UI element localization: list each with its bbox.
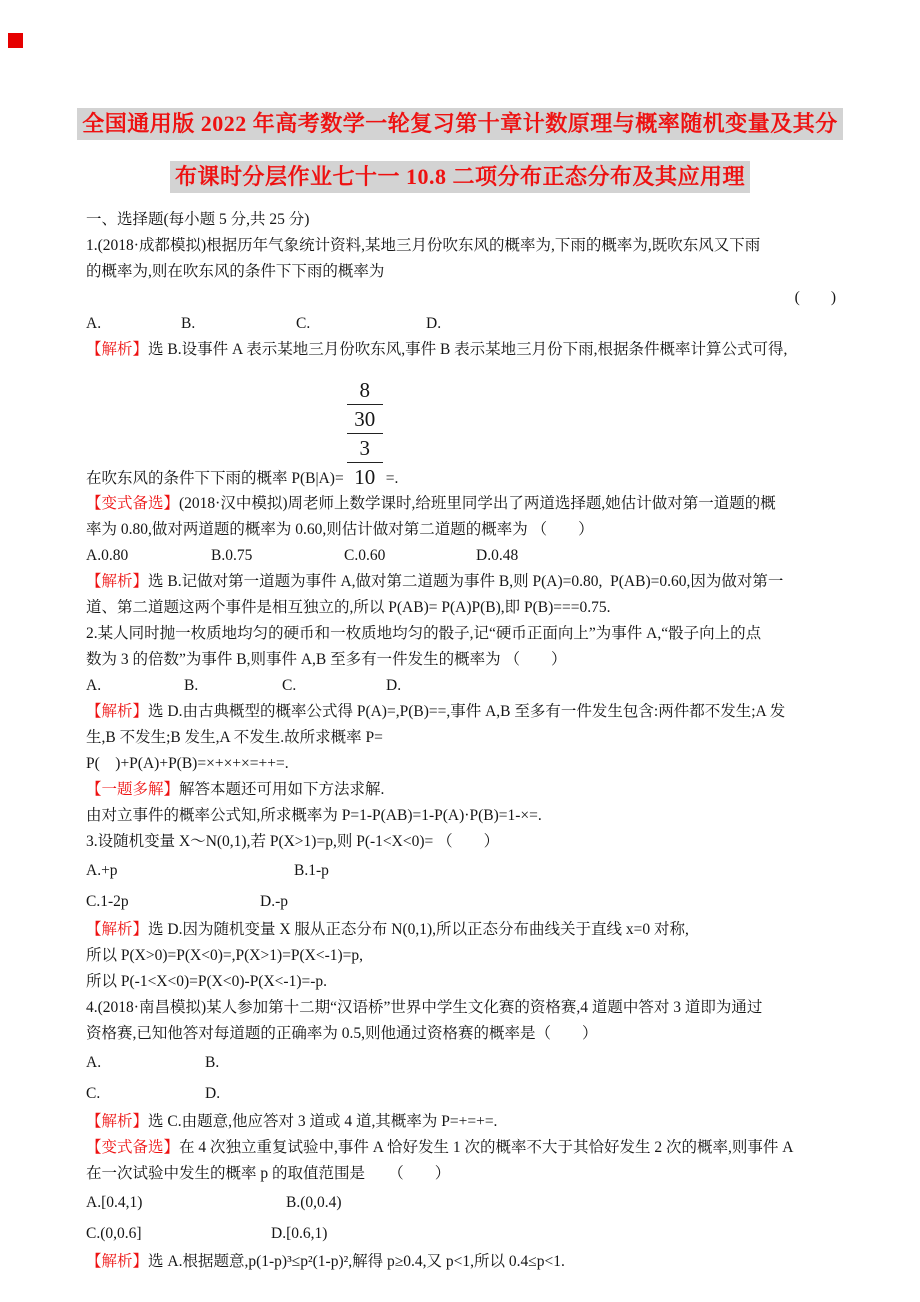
answer-blank-parens: ( ) xyxy=(795,289,836,306)
option-item: C.0.60 xyxy=(344,543,385,569)
answer-blank: ( ) xyxy=(86,285,840,311)
option-item: C. xyxy=(296,311,310,337)
text-line: 所以 P(-1<X<0)=P(X<0)-P(X<-1)=-p. xyxy=(86,969,840,995)
options-row: C.D. xyxy=(86,1078,840,1109)
text-run: 2.某人同时抛一枚质地均匀的硬币和一枚质地均匀的骰子,记“硬币正面向上”为事件 … xyxy=(86,625,761,642)
document-title-line2: 布课时分层作业七十一 10.8 二项分布正态分布及其应用理 xyxy=(170,161,750,193)
solution-line: 【解析】选 D.因为随机变量 X 服从正态分布 N(0,1),所以正态分布曲线关… xyxy=(86,917,840,943)
document-body: 一、选择题(每小题 5 分,共 25 分)1.(2018·成都模拟)根据历年气象… xyxy=(86,207,840,1275)
option-item: A.0.80 xyxy=(86,543,128,569)
fraction-term: 3 xyxy=(347,433,383,462)
option-item: D. xyxy=(386,673,401,699)
solution-line: 【变式备选】(2018·汉中模拟)周老师上数学课时,给班里同学出了两道选择题,她… xyxy=(86,491,840,517)
text-line: 一、选择题(每小题 5 分,共 25 分) xyxy=(86,207,840,233)
text-run: 解答本题还可用如下方法求解. xyxy=(179,781,384,798)
marker-label: 【解析】 xyxy=(86,341,148,358)
option-item: A. xyxy=(86,1047,101,1078)
option-item: B. xyxy=(184,673,198,699)
text-run: 资格赛,已知他答对每道题的正确率为 0.5,则他通过资格赛的概率是（ ） xyxy=(86,1025,598,1042)
marker-label: 【一题多解】 xyxy=(86,781,179,798)
option-item: C. xyxy=(282,673,296,699)
marker-label: 【解析】 xyxy=(86,921,148,938)
marker-label: 【解析】 xyxy=(86,703,148,720)
solution-line: 【一题多解】解答本题还可用如下方法求解. xyxy=(86,777,840,803)
options-row: A.B.C.D. xyxy=(86,311,840,337)
text-run: 选 B.记做对第一道题为事件 A,做对第二道题为事件 B,则 P(A)=0.80… xyxy=(148,573,783,590)
text-run: 选 B.设事件 A 表示某地三月份吹东风,事件 B 表示某地三月份下雨,根据条件… xyxy=(148,341,787,358)
text-run: 3.设随机变量 X～N(0,1),若 P(X>1)=p,则 P(-1<X<0)=… xyxy=(86,833,499,850)
fraction-expression: 830310 xyxy=(347,376,383,491)
text-line: 所以 P(X>0)=P(X<0)=,P(X>1)=P(X<-1)=p, xyxy=(86,943,840,969)
red-square-icon xyxy=(8,33,23,48)
text-line: 在一次试验中发生的概率 p 的取值范围是 （ ） xyxy=(86,1161,840,1187)
text-line: 数为 3 的倍数”为事件 B,则事件 A,B 至多有一件发生的概率为 （ ） xyxy=(86,647,840,673)
fraction-term: 30 xyxy=(347,404,383,433)
text-run: 数为 3 的倍数”为事件 B,则事件 A,B 至多有一件发生的概率为 （ ） xyxy=(86,651,567,668)
option-item: D.[0.6,1) xyxy=(271,1218,327,1249)
solution-line: 【解析】选 C.由题意,他应答对 3 道或 4 道,其概率为 P=+=+=. xyxy=(86,1109,840,1135)
options-row: A.B.C.D. xyxy=(86,673,840,699)
text-line: 率为 0.80,做对两道题的概率为 0.60,则估计做对第二道题的概率为 （ ） xyxy=(86,517,840,543)
text-line: 的概率为,则在吹东风的条件下下雨的概率为 xyxy=(86,259,840,285)
formula-text-before: 在吹东风的条件下下雨的概率 P(B|A)= xyxy=(86,467,344,491)
solution-line: 【解析】选 A.根据题意,p(1-p)³≤p²(1-p)²,解得 p≥0.4,又… xyxy=(86,1249,840,1275)
marker-label: 【变式备选】 xyxy=(86,495,179,512)
text-run: (2018·汉中模拟)周老师上数学课时,给班里同学出了两道选择题,她估计做对第一… xyxy=(179,495,776,512)
option-item: B.1-p xyxy=(294,855,329,886)
text-run: 由对立事件的概率公式知,所求概率为 P=1-P(AB)=1-P(A)·P(B)=… xyxy=(86,807,542,824)
text-run: 选 A.根据题意,p(1-p)³≤p²(1-p)²,解得 p≥0.4,又 p<1… xyxy=(148,1253,565,1270)
option-item: D.0.48 xyxy=(476,543,518,569)
text-run: 选 D.由古典概型的概率公式得 P(A)=,P(B)==,事件 A,B 至多有一… xyxy=(148,703,785,720)
solution-line: 【解析】选 D.由古典概型的概率公式得 P(A)=,P(B)==,事件 A,B … xyxy=(86,699,840,725)
option-item: C.(0,0.6] xyxy=(86,1218,142,1249)
option-item: C.1-2p xyxy=(86,886,129,917)
solution-line: 【解析】选 B.设事件 A 表示某地三月份吹东风,事件 B 表示某地三月份下雨,… xyxy=(86,337,840,363)
marker-label: 【解析】 xyxy=(86,1253,148,1270)
text-line: 1.(2018·成都模拟)根据历年气象统计资料,某地三月份吹东风的概率为,下雨的… xyxy=(86,233,840,259)
options-row: C.(0,0.6]D.[0.6,1) xyxy=(86,1218,840,1249)
text-run: 率为 0.80,做对两道题的概率为 0.60,则估计做对第二道题的概率为 （ ） xyxy=(86,521,594,538)
marker-label: 【变式备选】 xyxy=(86,1139,179,1156)
text-line: 3.设随机变量 X～N(0,1),若 P(X>1)=p,则 P(-1<X<0)=… xyxy=(86,829,840,855)
text-run: 所以 P(-1<X<0)=P(X<0)-P(X<-1)=-p. xyxy=(86,973,327,990)
options-row: A.0.80B.0.75C.0.60D.0.48 xyxy=(86,543,840,569)
solution-line: 【解析】选 B.记做对第一道题为事件 A,做对第二道题为事件 B,则 P(A)=… xyxy=(86,569,840,595)
text-line: 2.某人同时抛一枚质地均匀的硬币和一枚质地均匀的骰子,记“硬币正面向上”为事件 … xyxy=(86,621,840,647)
solution-line: 【变式备选】在 4 次独立重复试验中,事件 A 恰好发生 1 次的概率不大于其恰… xyxy=(86,1135,840,1161)
option-item: A. xyxy=(86,311,101,337)
marker-label: 【解析】 xyxy=(86,1113,148,1130)
text-run: 生,B 不发生;B 发生,A 不发生.故所求概率 P= xyxy=(86,729,383,746)
options-row: C.1-2pD.-p xyxy=(86,886,840,917)
text-run: 道、第二道题这两个事件是相互独立的,所以 P(AB)= P(A)P(B),即 P… xyxy=(86,599,611,616)
options-row: A.B. xyxy=(86,1047,840,1078)
title-gap xyxy=(0,140,920,161)
marker-label: 【解析】 xyxy=(86,573,148,590)
formula-text-after: =. xyxy=(386,467,399,491)
text-run: 4.(2018·南昌模拟)某人参加第十二期“汉语桥”世界中学生文化赛的资格赛,4… xyxy=(86,999,762,1016)
option-item: D. xyxy=(205,1078,220,1109)
options-row: A.+pB.1-p xyxy=(86,855,840,886)
option-item: A.[0.4,1) xyxy=(86,1187,142,1218)
option-item: D. xyxy=(426,311,441,337)
option-item: B. xyxy=(205,1047,219,1078)
fraction-term: 8 xyxy=(347,376,383,404)
text-run: 选 C.由题意,他应答对 3 道或 4 道,其概率为 P=+=+=. xyxy=(148,1113,497,1130)
option-item: D.-p xyxy=(260,886,288,917)
text-run: 所以 P(X>0)=P(X<0)=,P(X>1)=P(X<-1)=p, xyxy=(86,947,363,964)
document-title-line1: 全国通用版 2022 年高考数学一轮复习第十章计数原理与概率随机变量及其分 xyxy=(77,108,843,140)
options-row: A.[0.4,1)B.(0,0.4) xyxy=(86,1187,840,1218)
text-line: P( )+P(A)+P(B)=×+×+×=++=. xyxy=(86,751,840,777)
option-item: A. xyxy=(86,673,101,699)
formula-line: 在吹东风的条件下下雨的概率 P(B|A)=830310=. xyxy=(86,363,840,491)
text-line: 由对立事件的概率公式知,所求概率为 P=1-P(AB)=1-P(A)·P(B)=… xyxy=(86,803,840,829)
option-item: C. xyxy=(86,1078,100,1109)
text-run: 一、选择题(每小题 5 分,共 25 分) xyxy=(86,211,309,228)
document-page: 全国通用版 2022 年高考数学一轮复习第十章计数原理与概率随机变量及其分 布课… xyxy=(0,0,920,1302)
text-line: 资格赛,已知他答对每道题的正确率为 0.5,则他通过资格赛的概率是（ ） xyxy=(86,1021,840,1047)
fraction-term: 10 xyxy=(347,462,383,491)
document-title: 全国通用版 2022 年高考数学一轮复习第十章计数原理与概率随机变量及其分 布课… xyxy=(0,108,920,193)
option-item: B.(0,0.4) xyxy=(286,1187,342,1218)
text-run: 1.(2018·成都模拟)根据历年气象统计资料,某地三月份吹东风的概率为,下雨的… xyxy=(86,237,760,254)
text-run: P( )+P(A)+P(B)=×+×+×=++=. xyxy=(86,755,289,772)
text-line: 生,B 不发生;B 发生,A 不发生.故所求概率 P= xyxy=(86,725,840,751)
text-run: 选 D.因为随机变量 X 服从正态分布 N(0,1),所以正态分布曲线关于直线 … xyxy=(148,921,689,938)
text-line: 道、第二道题这两个事件是相互独立的,所以 P(AB)= P(A)P(B),即 P… xyxy=(86,595,840,621)
option-item: B. xyxy=(181,311,195,337)
text-run: 在一次试验中发生的概率 p 的取值范围是 （ ） xyxy=(86,1165,450,1182)
option-item: A.+p xyxy=(86,855,118,886)
option-item: B.0.75 xyxy=(211,543,252,569)
text-run: 在 4 次独立重复试验中,事件 A 恰好发生 1 次的概率不大于其恰好发生 2 … xyxy=(179,1139,793,1156)
text-line: 4.(2018·南昌模拟)某人参加第十二期“汉语桥”世界中学生文化赛的资格赛,4… xyxy=(86,995,840,1021)
text-run: 的概率为,则在吹东风的条件下下雨的概率为 xyxy=(86,263,384,280)
